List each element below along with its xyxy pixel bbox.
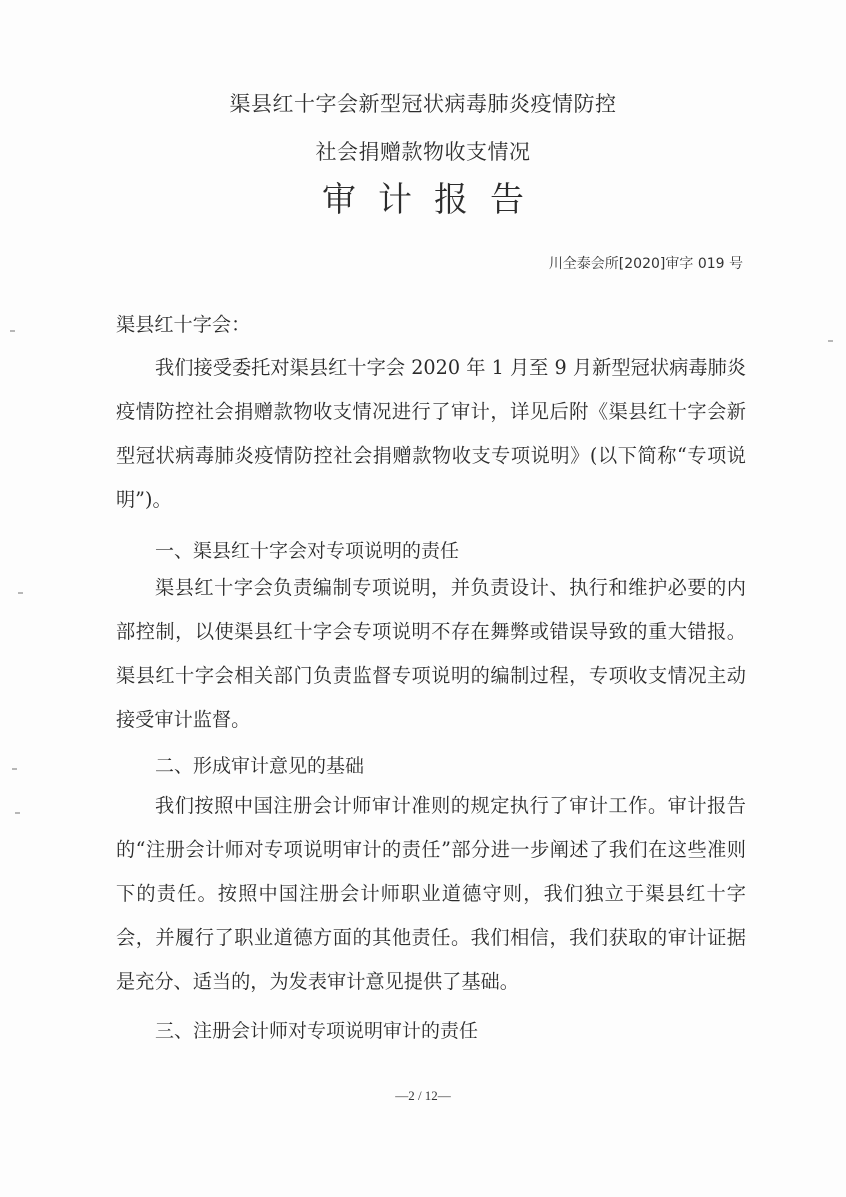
salutation: 渠县红十字会： bbox=[116, 310, 250, 337]
intro-paragraph-block: 我们接受委托对渠县红十字会 2020 年 1 月至 9 月新型冠状病毒肺炎疫情防… bbox=[116, 346, 746, 522]
section-2-block: 我们按照中国注册会计师审计准则的规定执行了审计工作。审计报告的“注册会计师对专项… bbox=[116, 784, 746, 1004]
scan-speck bbox=[15, 812, 20, 814]
section-2-paragraph: 我们按照中国注册会计师审计准则的规定执行了审计工作。审计报告的“注册会计师对专项… bbox=[116, 784, 746, 1004]
intro-paragraph: 我们接受委托对渠县红十字会 2020 年 1 月至 9 月新型冠状病毒肺炎疫情防… bbox=[116, 346, 746, 522]
section-1-block: 渠县红十字会负责编制专项说明，并负责设计、执行和维护必要的内部控制，以使渠县红十… bbox=[116, 566, 746, 742]
scan-speck bbox=[12, 768, 17, 770]
report-title-line-1: 渠县红十字会新型冠状病毒肺炎疫情防控 bbox=[0, 88, 846, 118]
scan-speck bbox=[10, 330, 15, 332]
document-number: 川全泰会所[2020]审字 019 号 bbox=[549, 253, 743, 273]
report-main-title: 审计报告 bbox=[0, 172, 846, 221]
section-1-paragraph: 渠县红十字会负责编制专项说明，并负责设计、执行和维护必要的内部控制，以使渠县红十… bbox=[116, 566, 746, 742]
section-heading-1: 一、渠县红十字会对专项说明的责任 bbox=[155, 536, 459, 563]
report-title-line-2: 社会捐赠款物收支情况 bbox=[0, 136, 846, 166]
section-heading-3: 三、注册会计师对专项说明审计的责任 bbox=[155, 1016, 478, 1043]
document-page: 渠县红十字会新型冠状病毒肺炎疫情防控 社会捐赠款物收支情况 审计报告 川全泰会所… bbox=[0, 0, 846, 1197]
section-heading-2: 二、形成审计意见的基础 bbox=[155, 751, 364, 778]
scan-speck bbox=[828, 340, 833, 342]
page-indicator: —2 / 12— bbox=[0, 1088, 846, 1104]
scan-speck bbox=[18, 592, 23, 594]
